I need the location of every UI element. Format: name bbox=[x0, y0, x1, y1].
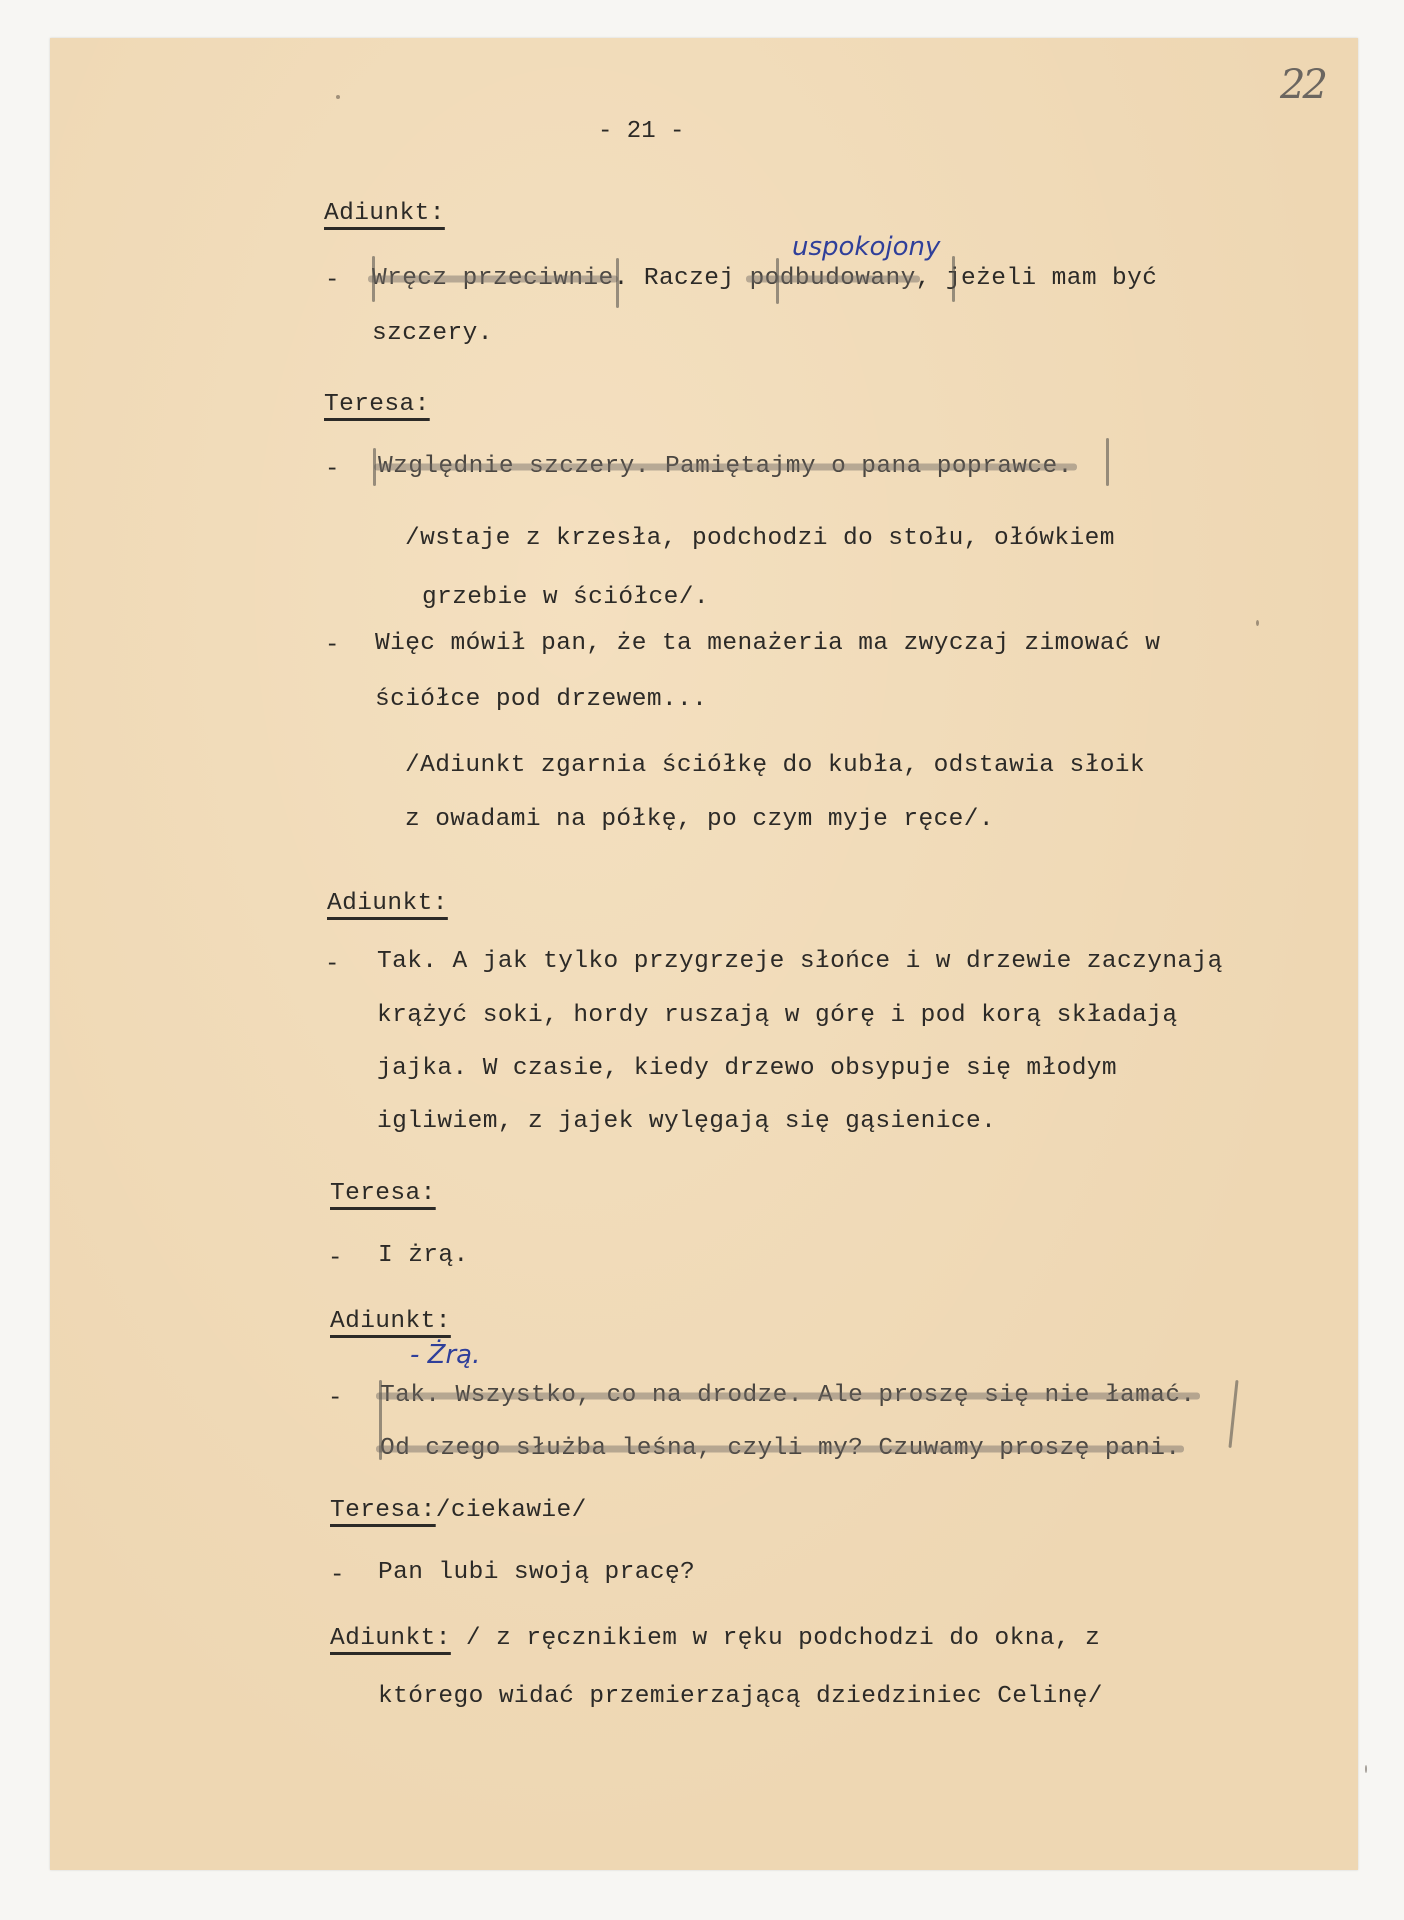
correction-bracket bbox=[379, 1380, 382, 1460]
speaker-label: Teresa: bbox=[330, 1180, 436, 1207]
struck-text: Wręcz przeciwnie bbox=[372, 265, 614, 292]
stage-direction: /ciekawie/ bbox=[436, 1497, 587, 1524]
dialogue-line: Tak. Wszystko, co na drodze. Ale proszę … bbox=[380, 1382, 1196, 1409]
correction-bracket bbox=[373, 448, 376, 486]
struck-text: Od czego służba leśna, czyli my? Czuwamy… bbox=[380, 1435, 1180, 1462]
speaker-line: Teresa:/ciekawie/ bbox=[330, 1497, 587, 1524]
dialogue-dash: - bbox=[325, 951, 339, 978]
dialogue-dash: - bbox=[325, 267, 339, 294]
stage-direction: grzebie w ściółce/. bbox=[422, 584, 709, 611]
speaker-label: Teresa: bbox=[330, 1497, 436, 1524]
dialogue-line: I żrą. bbox=[378, 1242, 469, 1269]
dialogue-line: Od czego służba leśna, czyli my? Czuwamy… bbox=[380, 1435, 1180, 1462]
paper-speck bbox=[1256, 620, 1259, 626]
stage-direction: /wstaje z krzesła, podchodzi do stołu, o… bbox=[405, 525, 1115, 552]
speaker-label: Adiunkt: bbox=[327, 890, 448, 917]
stage-direction: /Adiunkt zgarnia ściółkę do kubła, odsta… bbox=[405, 752, 1145, 779]
stage-direction: z owadami na półkę, po czym myje ręce/. bbox=[405, 806, 994, 833]
struck-text: podbudowany bbox=[750, 265, 916, 292]
speaker-label: Adiunkt: bbox=[324, 200, 445, 227]
dialogue-line: szczery. bbox=[372, 320, 493, 347]
correction-bracket bbox=[952, 256, 955, 302]
dialogue-line: ściółce pod drzewem... bbox=[375, 686, 707, 713]
speaker-label: Adiunkt: bbox=[330, 1625, 451, 1652]
dialogue-dash: - bbox=[325, 456, 339, 483]
handwritten-correction: - Żrą. bbox=[410, 1340, 480, 1370]
dialogue-dash: - bbox=[325, 632, 339, 659]
speaker-label: Adiunkt: bbox=[330, 1308, 451, 1335]
correction-bracket bbox=[372, 256, 375, 302]
dialogue-line: Względnie szczery. Pamiętajmy o pana pop… bbox=[378, 453, 1073, 480]
correction-bracket bbox=[616, 258, 619, 308]
dialogue-dash: - bbox=[328, 1385, 342, 1412]
speaker-line: Adiunkt: / z ręcznikiem w ręku podchodzi… bbox=[330, 1625, 1100, 1652]
dialogue-line: krążyć soki, hordy ruszają w górę i pod … bbox=[377, 1002, 1177, 1029]
dialogue-line: jajka. W czasie, kiedy drzewo obsypuje s… bbox=[377, 1055, 1117, 1082]
dialogue-dash: - bbox=[330, 1562, 344, 1589]
dialogue-dash: - bbox=[328, 1245, 342, 1272]
paper-speck bbox=[336, 95, 340, 99]
dialogue-line: Więc mówił pan, że ta menażeria ma zwycz… bbox=[375, 630, 1160, 657]
stage-direction: którego widać przemierzającą dziedziniec… bbox=[378, 1683, 1103, 1710]
speaker-label: Teresa: bbox=[324, 391, 430, 418]
dialogue-line: Pan lubi swoją pracę? bbox=[378, 1559, 695, 1586]
struck-text: Tak. Wszystko, co na drodze. Ale proszę … bbox=[380, 1382, 1196, 1409]
paper-speck bbox=[1365, 1765, 1367, 1773]
dialogue-line: Wręcz przeciwnie. Raczej podbudowany, je… bbox=[372, 265, 1157, 292]
handwritten-page-number: 22 bbox=[1280, 62, 1325, 108]
dialogue-line: Tak. A jak tylko przygrzeje słońce i w d… bbox=[377, 948, 1223, 975]
page-number: - 21 - bbox=[598, 118, 684, 145]
struck-text: Względnie szczery. Pamiętajmy o pana pop… bbox=[378, 453, 1073, 480]
handwritten-correction: uspokojony bbox=[792, 232, 940, 262]
dialogue-line: igliwiem, z jajek wylęgają się gąsienice… bbox=[377, 1108, 996, 1135]
stage-direction: / z ręcznikiem w ręku podchodzi do okna,… bbox=[451, 1625, 1100, 1652]
correction-bracket bbox=[1106, 438, 1109, 486]
correction-bracket bbox=[776, 258, 779, 304]
